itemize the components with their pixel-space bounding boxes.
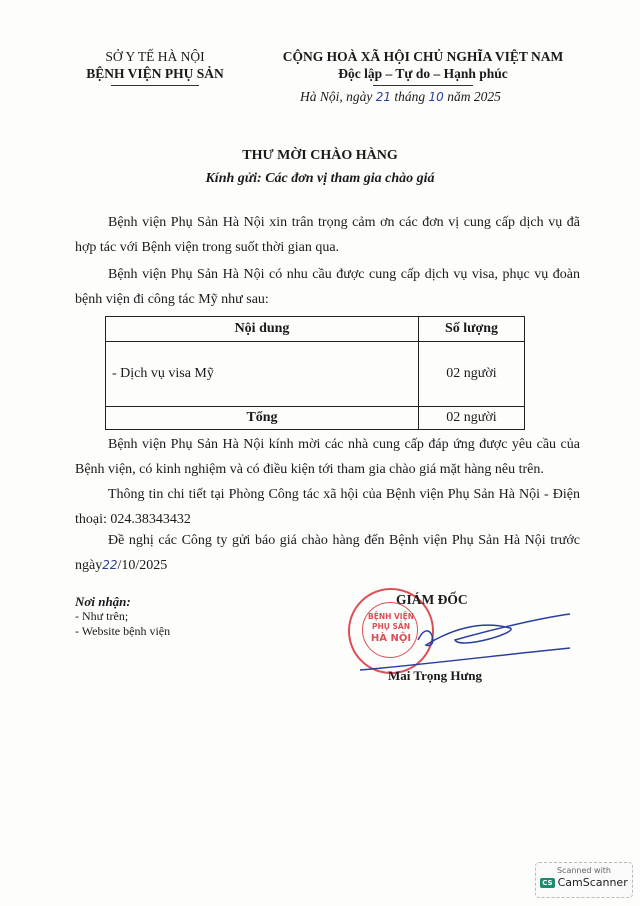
table-total-row: Tổng 02 người	[106, 407, 525, 430]
total-value: 02 người	[419, 407, 525, 430]
paragraph-thanks: Bệnh viện Phụ Sản Hà Nội xin trân trọng …	[75, 210, 580, 260]
recipient-item: - Như trên;	[75, 609, 170, 624]
national-title: CỘNG HOÀ XÃ HỘI CHỦ NGHĨA VIỆT NAM	[258, 48, 588, 65]
agency-name: SỞ Y TẾ HÀ NỘI	[60, 48, 250, 65]
recipient-item: - Website bệnh viện	[75, 624, 170, 639]
handwritten-deadline-day: 22	[102, 558, 117, 572]
table-row: - Dịch vụ visa Mỹ 02 người	[106, 342, 525, 407]
camscanner-logo-icon: CS	[540, 878, 554, 888]
divider	[111, 85, 199, 86]
service-table: Nội dung Số lượng - Dịch vụ visa Mỹ 02 n…	[105, 316, 525, 430]
handwritten-day: 21	[376, 90, 391, 104]
total-label: Tổng	[106, 407, 419, 430]
national-header: CỘNG HOÀ XÃ HỘI CHỦ NGHĨA VIỆT NAM Độc l…	[258, 48, 588, 86]
paragraph-invitation: Bệnh viện Phụ Sản Hà Nội kính mời các nh…	[75, 432, 580, 482]
signatory-name: Mai Trọng Hưng	[388, 668, 482, 684]
document-date: Hà Nội, ngày 21 tháng 10 năm 2025	[300, 89, 501, 105]
hospital-name: BỆNH VIỆN PHỤ SẢN	[60, 65, 250, 82]
recipients-heading: Nơi nhận:	[75, 594, 170, 609]
document-addressee: Kính gửi: Các đơn vị tham gia chào giá	[0, 171, 640, 187]
signatory-title: GIÁM ĐỐC	[396, 592, 468, 608]
paragraph-need: Bệnh viện Phụ Sản Hà Nội có nhu cầu được…	[75, 262, 580, 312]
row-quantity: 02 người	[419, 342, 525, 407]
column-header-content: Nội dung	[106, 317, 419, 342]
divider	[373, 85, 473, 86]
column-header-quantity: Số lượng	[419, 317, 525, 342]
document-title: THƯ MỜI CHÀO HÀNG	[0, 148, 640, 164]
paragraph-contact: Thông tin chi tiết tại Phòng Công tác xã…	[75, 482, 580, 532]
recipients-block: Nơi nhận: - Như trên; - Website bệnh việ…	[75, 594, 170, 639]
handwritten-month: 10	[429, 90, 444, 104]
table-header-row: Nội dung Số lượng	[106, 317, 525, 342]
national-motto: Độc lập – Tự do – Hạnh phúc	[258, 65, 588, 82]
camscanner-watermark: Scanned with CSCamScanner	[535, 862, 633, 898]
agency-header: SỞ Y TẾ HÀ NỘI BỆNH VIỆN PHỤ SẢN	[60, 48, 250, 86]
paragraph-deadline: Đề nghị các Công ty gửi báo giá chào hàn…	[75, 528, 580, 578]
row-content: - Dịch vụ visa Mỹ	[106, 342, 419, 407]
